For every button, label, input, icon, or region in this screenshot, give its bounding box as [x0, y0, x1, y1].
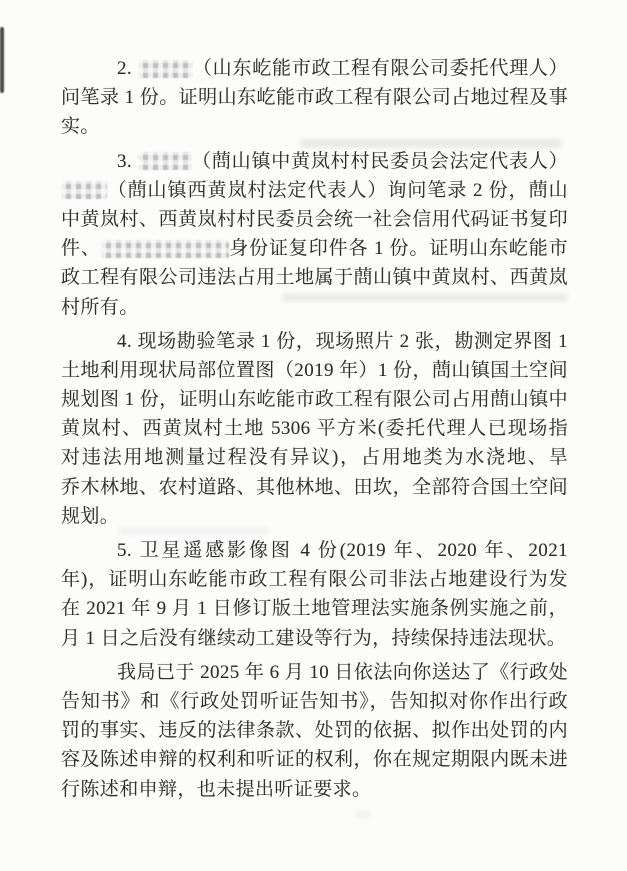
text-segment: 实。	[61, 116, 100, 137]
scan-edge-artifact	[0, 27, 4, 93]
text-segment: 5. 卫星遥感影像图 4 份(2019 年、2020 年、2021 年、2024	[117, 540, 568, 565]
text-line: 2. （山东屹能市政工程有限公司委托代理人）询	[61, 54, 568, 83]
text-segment: 身份证复印件各 1 份。证明山东屹能市	[229, 238, 568, 259]
text-segment: 乔木林地、农村道路、其他林地、田坎，全部符合国土空间	[61, 477, 568, 498]
text-segment: 3.	[117, 151, 138, 172]
text-segment: （蔄山镇中黄岚村村民委员会法定代表人）	[192, 151, 568, 172]
text-segment: 中黄岚村、西黄岚村村民委员会统一社会信用代码证书复印	[61, 209, 568, 230]
redaction-block	[61, 181, 107, 199]
text-line: 问笔录 1 份。证明山东屹能市政工程有限公司占地过程及事	[61, 83, 568, 112]
text-line: 规划图 1 份，证明山东屹能市政工程有限公司占用蔄山镇中	[61, 385, 568, 414]
text-segment: 我局已于 2025 年 6 月 10 日依法向你送达了《行政处罚	[117, 662, 568, 687]
text-line: 5. 卫星遥感影像图 4 份(2019 年、2020 年、2021 年、2024	[61, 536, 568, 565]
text-segment: （蔄山镇西黄岚村法定代表人）询问笔录 2 份，蔄山镇	[61, 180, 568, 205]
paragraph: 5. 卫星遥感影像图 4 份(2019 年、2020 年、2021 年、2024…	[61, 536, 568, 653]
text-segment: 件、	[61, 238, 101, 259]
text-line: 月 1 日之后没有继续动工建设等行为，持续保持违法现状。	[61, 624, 568, 653]
text-segment: 罚的事实、违反的法律条款、处罚的依据、拟作出处罚的内	[61, 720, 568, 741]
text-line: 我局已于 2025 年 6 月 10 日依法向你送达了《行政处罚	[61, 658, 568, 687]
paragraph: 3. （蔄山镇中黄岚村村民委员会法定代表人）（蔄山镇西黄岚村法定代表人）询问笔录…	[61, 147, 568, 322]
text-segment: 行陈述和申辩，也未提出听证要求。	[61, 779, 371, 800]
text-segment: 土地利用现状局部位置图（2019 年）1 份，蔄山镇国土空间	[61, 360, 568, 381]
text-line: 实。	[61, 112, 568, 141]
text-line: 行陈述和申辩，也未提出听证要求。	[61, 775, 568, 804]
text-segment: 2.	[117, 58, 138, 79]
text-segment: 黄岚村、西黄岚村土地 5306 平方米(委托代理人已现场指界，	[61, 418, 568, 443]
text-segment: 对违法用地测量过程没有异议)，占用地类为水浇地、旱地、	[61, 447, 568, 472]
text-line: 罚的事实、违反的法律条款、处罚的依据、拟作出处罚的内	[61, 716, 568, 745]
text-segment: 政工程有限公司违法占用土地属于蔄山镇中黄岚村、西黄岚	[61, 267, 568, 288]
paragraph: 4. 现场勘验笔录 1 份，现场照片 2 张，勘测定界图 1 份，土地利用现状局…	[61, 327, 568, 531]
text-segment: 村所有。	[61, 297, 139, 318]
text-line: 件、身份证复印件各 1 份。证明山东屹能市	[61, 234, 568, 263]
text-line: 中黄岚村、西黄岚村村民委员会统一社会信用代码证书复印	[61, 205, 568, 234]
text-segment: 月 1 日之后没有继续动工建设等行为，持续保持违法现状。	[61, 628, 566, 649]
text-segment: 4. 现场勘验笔录 1 份，现场照片 2 张，勘测定界图 1 份，	[117, 331, 568, 356]
text-segment: 在 2021 年 9 月 1 日修订版土地管理法实施条例实施之前，9	[61, 598, 568, 623]
text-segment: 问笔录 1 份。证明山东屹能市政工程有限公司占地过程及事	[61, 87, 568, 108]
redaction-block	[101, 240, 229, 258]
text-line: 容及陈述申辩的权利和听证的权利，你在规定期限内既未进	[61, 745, 568, 774]
text-line: 政工程有限公司违法占用土地属于蔄山镇中黄岚村、西黄岚	[61, 263, 568, 292]
text-line: 对违法用地测量过程没有异议)，占用地类为水浇地、旱地、	[61, 443, 568, 472]
text-line: （蔄山镇西黄岚村法定代表人）询问笔录 2 份，蔄山镇	[61, 176, 568, 205]
text-line: 告知书》和《行政处罚听证告知书》，告知拟对你作出行政处	[61, 687, 568, 716]
redaction-block	[138, 60, 193, 78]
text-segment: 容及陈述申辩的权利和听证的权利，你在规定期限内既未进	[61, 749, 568, 770]
text-segment: 规划图 1 份，证明山东屹能市政工程有限公司占用蔄山镇中	[61, 389, 568, 410]
text-line: 黄岚村、西黄岚村土地 5306 平方米(委托代理人已现场指界，	[61, 414, 568, 443]
paragraph: 2. （山东屹能市政工程有限公司委托代理人）询问笔录 1 份。证明山东屹能市政工…	[61, 54, 568, 142]
text-line: 土地利用现状局部位置图（2019 年）1 份，蔄山镇国土空间	[61, 356, 568, 385]
text-line: 年)，证明山东屹能市政工程有限公司非法占地建设行为发生	[61, 565, 568, 594]
text-line: 在 2021 年 9 月 1 日修订版土地管理法实施条例实施之前，9	[61, 594, 568, 623]
paragraph: 我局已于 2025 年 6 月 10 日依法向你送达了《行政处罚告知书》和《行政…	[61, 658, 568, 804]
redaction-block	[138, 152, 192, 170]
text-line: 4. 现场勘验笔录 1 份，现场照片 2 张，勘测定界图 1 份，	[61, 327, 568, 356]
text-line: 3. （蔄山镇中黄岚村村民委员会法定代表人）	[61, 147, 568, 176]
text-line: 村所有。	[61, 293, 568, 322]
text-segment: 年)，证明山东屹能市政工程有限公司非法占地建设行为发生	[61, 569, 568, 594]
document-text: 2. （山东屹能市政工程有限公司委托代理人）询问笔录 1 份。证明山东屹能市政工…	[61, 54, 568, 804]
scanned-document-page: 2. （山东屹能市政工程有限公司委托代理人）询问笔录 1 份。证明山东屹能市政工…	[0, 0, 627, 871]
text-line: 规划。	[61, 502, 568, 531]
text-segment: 告知书》和《行政处罚听证告知书》，告知拟对你作出行政处	[61, 691, 568, 716]
text-line: 乔木林地、农村道路、其他林地、田坎，全部符合国土空间	[61, 473, 568, 502]
show-through-artifact	[355, 812, 371, 818]
text-segment: 规划。	[61, 506, 119, 527]
